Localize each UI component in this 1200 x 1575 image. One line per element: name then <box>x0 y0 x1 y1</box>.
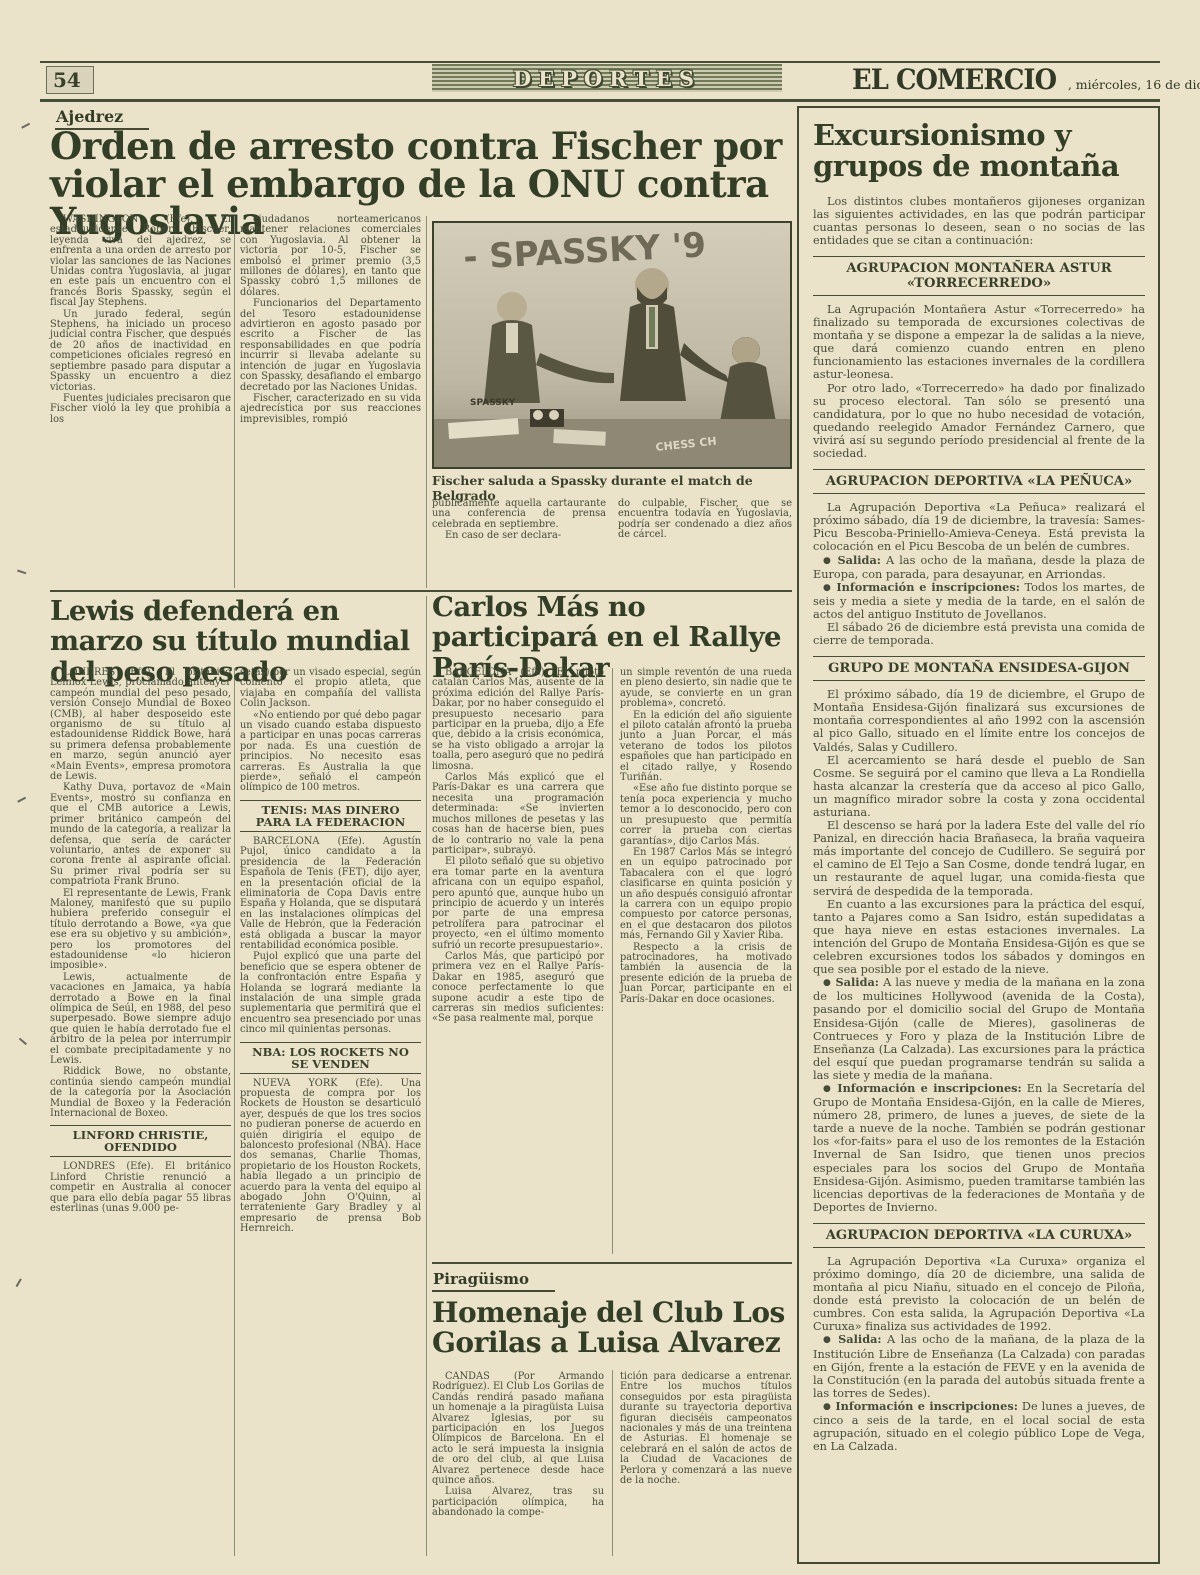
paragraph: Respecto a la crisis de patrocinadores, … <box>620 943 792 1005</box>
column-rule <box>612 1370 613 1556</box>
paragraph: Riddick Bowe, no obstante, continúa sien… <box>50 1067 231 1119</box>
paragraph: Un jurado federal, según Stephens, ha in… <box>50 310 231 393</box>
section-title-torrecerredo: AGRUPACION MONTAÑERA ASTUR «TORRECERREDO… <box>813 256 1145 296</box>
boxing-column-1: LONDRES (Efe). El británico Lennox Lewis… <box>50 668 231 1558</box>
bullet-salida: ● Salida: A las ocho de la mañana, desde… <box>813 554 1145 581</box>
paragraph: Funcionarios del Departamento del Tesoro… <box>240 299 421 393</box>
bullet-icon: ● <box>823 978 831 988</box>
paragraph: Fuentes judiciales precisaron que Fische… <box>50 394 231 425</box>
canoeing-column-2: tición para dedicarse a entrenar. Entre … <box>620 1372 792 1558</box>
column-rule <box>426 596 427 1556</box>
margin-mark <box>11 1276 22 1287</box>
masthead: EL COMERCIO, miércoles, 16 de diciembre … <box>852 63 1200 96</box>
paragraph: En 1987 Carlos Más se integró en un equi… <box>620 848 792 942</box>
canoeing-headline: Homenaje del Club Los Gorilas a Luisa Al… <box>432 1298 800 1358</box>
paragraph: do culpable, Fischer, que se encuentra t… <box>618 499 792 541</box>
section-title-curuxa: AGRUPACION DEPORTIVA «LA CURUXA» <box>813 1223 1145 1248</box>
bullet-label: Información e inscripciones: <box>836 580 1020 594</box>
paragraph: LONDRES (Efe). El británico Linford Chri… <box>50 1162 231 1214</box>
paragraph: Luisa Alvarez, tras su participación olí… <box>432 1487 604 1518</box>
bullet-text: A las nueve y media de la mañana en la z… <box>813 976 1145 1082</box>
paragraph: públicamente aquella cartaurante una con… <box>432 499 606 530</box>
bullet-text: En la Secretaría del Grupo de Montaña En… <box>813 1082 1145 1214</box>
rally-column-1: BARCELONA (Efe). El piloto catalán Carlo… <box>432 668 604 1256</box>
newspaper-page: 54 DEPORTES EL COMERCIO, miércoles, 16 d… <box>0 0 1200 1575</box>
paragraph: ciudadanos norteamericanos mantener rela… <box>240 215 421 298</box>
margin-mark <box>15 792 26 802</box>
margin-mark <box>19 1034 30 1045</box>
bullet-label: Información e inscripciones: <box>837 1081 1021 1095</box>
chess-below-column-1: públicamente aquella cartaurante una con… <box>432 499 606 587</box>
section-penuca: La Agrupación Deportiva «La Peñuca» real… <box>813 501 1145 647</box>
bullet-icon: ● <box>823 1084 832 1094</box>
column-rule <box>234 216 235 588</box>
paragraph: Los distintos clubes montañeros gijonese… <box>813 195 1145 247</box>
paragraph: En caso de ser declara- <box>432 531 606 541</box>
bullet-salida: ● Salida: A las ocho de la mañana, de la… <box>813 1333 1145 1399</box>
chess-below-column-2: do culpable, Fischer, que se encuentra t… <box>618 499 792 587</box>
paragraph: El representante de Lewis, Frank Maloney… <box>50 889 231 972</box>
photo-nameplate-text: SPASSKY <box>470 398 516 408</box>
bullet-icon: ● <box>823 1335 833 1345</box>
paragraph: setas) por un visado especial, según com… <box>240 668 421 710</box>
canoeing-column-1: CANDAS (Por Armando Rodríguez). El Club … <box>432 1372 604 1558</box>
mountain-box: Excursionismo y grupos de montaña Los di… <box>797 106 1160 1564</box>
paragraph: BARCELONA (Efe). El piloto catalán Carlo… <box>432 668 604 772</box>
paragraph: El piloto señaló que su objetivo era tom… <box>432 857 604 951</box>
margin-mark <box>19 118 30 128</box>
paragraph: Por otro lado, «Torrecerredo» ha dado po… <box>813 382 1145 461</box>
bullet-label: Información e inscripciones: <box>835 1399 1018 1413</box>
paragraph: LONDRES (Efe). El británico Lennox Lewis… <box>50 668 231 782</box>
subhead-nba: NBA: LOS ROCKETS NO SE VENDEN <box>240 1042 421 1074</box>
paragraph: CANDAS (Por Armando Rodríguez). El Club … <box>432 1372 604 1486</box>
paragraph: tición para dedicarse a entrenar. Entre … <box>620 1372 792 1486</box>
column-rule <box>234 668 235 1556</box>
section-banner: DEPORTES <box>432 64 782 92</box>
paragraph: Pujol explicó que una parte del benefici… <box>240 952 421 1035</box>
paragraph: El descenso se hará por la ladera Este d… <box>813 819 1145 898</box>
chess-column-1: WASHINGTON (Efe). El estadounidense Robe… <box>50 215 231 589</box>
bullet-informacion: ● Información e inscripciones: De lunes … <box>813 1400 1145 1453</box>
boxing-column-2: setas) por un visado especial, según com… <box>240 668 421 1558</box>
paragraph: Carlos Más explicó que el París-Dakar es… <box>432 773 604 856</box>
section-curuxa: La Agrupación Deportiva «La Curuxa» orga… <box>813 1255 1145 1453</box>
paragraph: La Agrupación Deportiva «La Peñuca» real… <box>813 501 1145 553</box>
divider-horizontal <box>432 1262 792 1264</box>
paragraph: En cuanto a las excursiones para la prác… <box>813 898 1145 977</box>
paragraph: WASHINGTON (Efe). El estadounidense Robe… <box>50 215 231 309</box>
column-rule <box>612 668 613 1254</box>
mountain-intro: Los distintos clubes montañeros gijonese… <box>813 195 1145 247</box>
subhead-tenis: TENIS: MAS DINERO PARA LA FEDERACION <box>240 800 421 832</box>
paragraph: Kathy Duva, portavoz de «Main Events», m… <box>50 783 231 887</box>
column-rule <box>426 216 427 588</box>
rally-column-2: un simple reventón de una rueda en pleno… <box>620 668 792 1256</box>
bullet-icon: ● <box>823 583 832 593</box>
paragraph: «Ese año fue distinto porque se tenía po… <box>620 784 792 846</box>
photo-fischer-spassky: - SPASSKY '9 SPASSKY CHESS <box>432 221 792 469</box>
bullet-label: Salida: <box>837 553 880 567</box>
section-torrecerredo: La Agrupación Montañera Astur «Torrecerr… <box>813 303 1145 460</box>
bullet-icon: ● <box>823 1402 831 1412</box>
paragraph: NUEVA YORK (Efe). Una propuesta de compr… <box>240 1079 421 1235</box>
paragraph: un simple reventón de una rueda en pleno… <box>620 668 792 710</box>
section-title-ensidesa: GRUPO DE MONTAÑA ENSIDESA-GIJON <box>813 656 1145 681</box>
margin-mark <box>17 565 28 574</box>
subhead-linford-christie: LINFORD CHRISTIE, OFENDIDO <box>50 1125 231 1157</box>
paragraph: La Agrupación Deportiva «La Curuxa» orga… <box>813 1255 1145 1334</box>
masthead-title: EL COMERCIO <box>852 63 1056 96</box>
header-bottom-rule <box>40 99 1160 102</box>
paragraph: El acercamiento se hará desde el pueblo … <box>813 754 1145 819</box>
bullet-informacion: ● Información e inscripciones: En la Sec… <box>813 1082 1145 1214</box>
paragraph: El sábado 26 de diciembre está prevista … <box>813 621 1145 647</box>
paragraph: Carlos Más, que participó por primera ve… <box>432 952 604 1025</box>
paragraph: Fischer, caracterizado en su vida ajedre… <box>240 394 421 425</box>
section-banner-label: DEPORTES <box>513 66 701 91</box>
mountain-headline: Excursionismo y grupos de montaña <box>813 120 1145 183</box>
section-title-penuca: AGRUPACION DEPORTIVA «LA PEÑUCA» <box>813 469 1145 494</box>
bullet-salida: ● Salida: A las nueve y media de la maña… <box>813 976 1145 1082</box>
kicker-piraguismo: Piragüismo <box>432 1270 555 1292</box>
section-ensidesa: El próximo sábado, día 19 de diciembre, … <box>813 688 1145 1214</box>
chess-column-2: ciudadanos norteamericanos mantener rela… <box>240 215 421 589</box>
paragraph: «No entiendo por qué debo pagar un visad… <box>240 711 421 794</box>
bullet-label: Salida: <box>836 975 879 989</box>
bullet-label: Salida: <box>838 1332 881 1346</box>
paragraph: Lewis, actualmente de vacaciones en Jama… <box>50 973 231 1067</box>
paragraph: El próximo sábado, día 19 de diciembre, … <box>813 688 1145 753</box>
paragraph: La Agrupación Montañera Astur «Torrecerr… <box>813 303 1145 382</box>
masthead-date: , miércoles, 16 de diciembre de 1992 <box>1068 77 1200 92</box>
page-number: 54 <box>46 66 94 94</box>
bullet-informacion: ● Información e inscripciones: Todos los… <box>813 581 1145 621</box>
bullet-icon: ● <box>823 556 832 566</box>
paragraph: En la edición del año siguiente el pilot… <box>620 711 792 784</box>
photo-illustration: - SPASSKY '9 SPASSKY CHESS <box>434 223 790 467</box>
paragraph: BARCELONA (Efe). Agustín Pujol, único ca… <box>240 837 421 951</box>
